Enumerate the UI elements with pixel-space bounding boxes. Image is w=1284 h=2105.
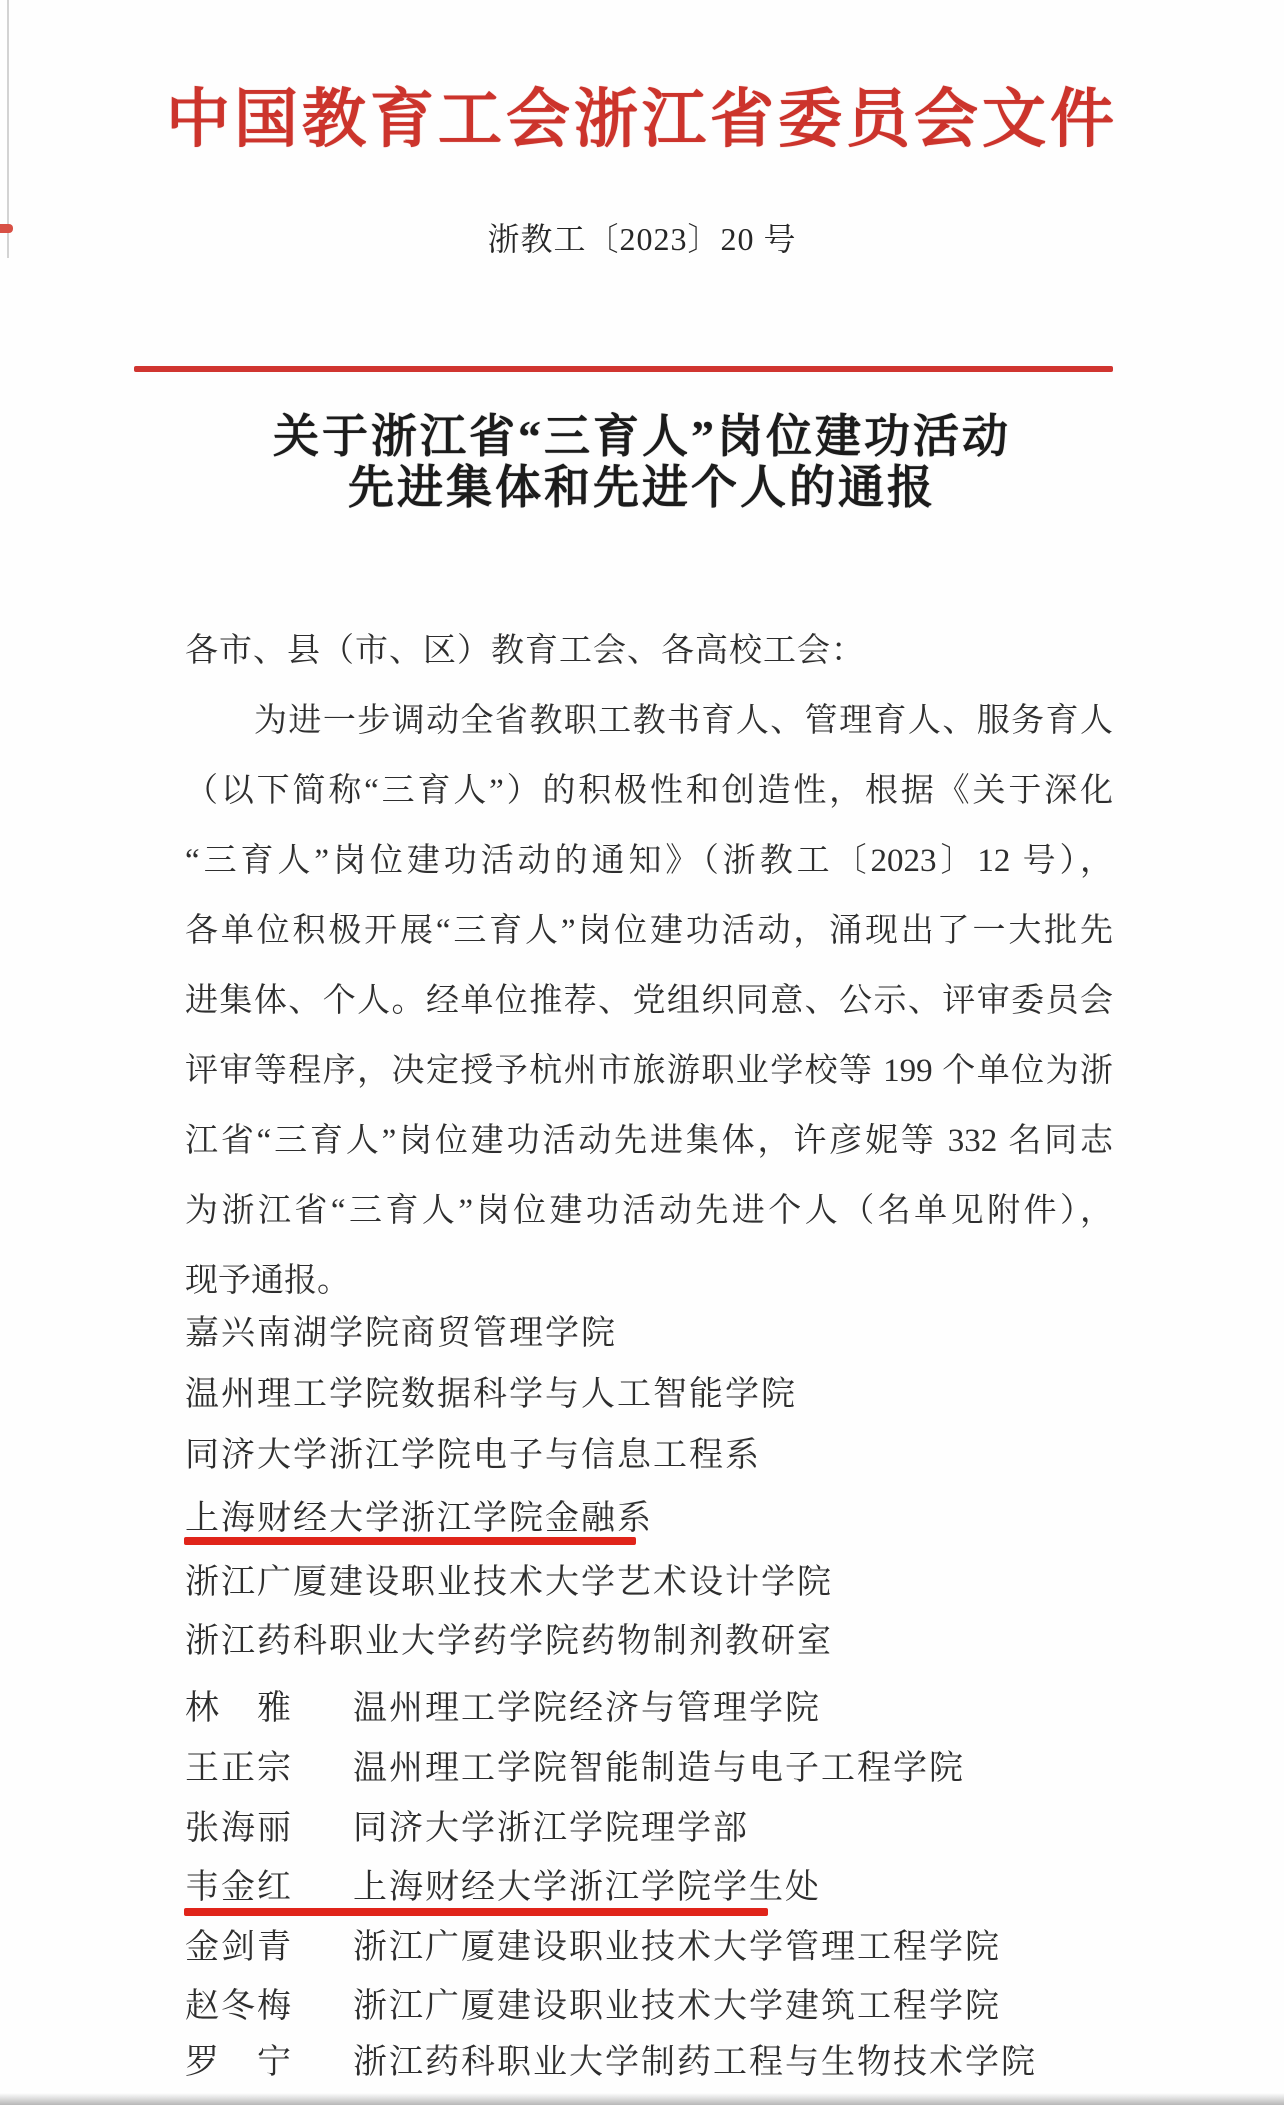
individual-unit: 浙江广厦建设职业技术大学管理工程学院 <box>353 1929 1001 1966</box>
individual-name: 赵冬梅 <box>185 1988 353 2026</box>
individual-unit: 上海财经大学浙江学院学生处 <box>353 1869 821 1906</box>
collective-item: 嘉兴南湖学院商贸管理学院 <box>185 1315 617 1353</box>
body-line: 各单位积极开展“三育人”岗位建功活动，涌现出了一大批先 <box>185 912 1113 950</box>
body-line: 为进一步调动全省教职工教书育人、管理育人、服务育人 <box>185 702 1113 740</box>
body-line: 现予通报。 <box>185 1262 1113 1300</box>
individual-row: 罗 宁浙江药科职业大学制药工程与生物技术学院 <box>185 2044 1037 2082</box>
scanned-official-document: 中国教育工会浙江省委员会文件 浙教工〔2023〕20 号 关于浙江省“三育人”岗… <box>0 0 1284 2105</box>
individual-unit: 浙江药科职业大学制药工程与生物技术学院 <box>353 2044 1037 2081</box>
notice-title-line2: 先进集体和先进个人的通报 <box>0 462 1284 513</box>
notice-title-line1: 关于浙江省“三育人”岗位建功活动 <box>0 411 1284 462</box>
body-line: 评审等程序，决定授予杭州市旅游职业学校等 199 个单位为浙 <box>185 1052 1113 1090</box>
collective-item: 温州理工学院数据科学与人工智能学院 <box>185 1376 797 1414</box>
bottom-scan-shadow <box>0 2093 1284 2105</box>
individual-unit: 同济大学浙江学院理学部 <box>353 1810 749 1847</box>
individual-name: 罗 宁 <box>185 2044 353 2082</box>
letterhead-title: 中国教育工会浙江省委员会文件 <box>0 80 1284 160</box>
individual-red-underline <box>184 1908 768 1916</box>
document-number: 浙教工〔2023〕20 号 <box>0 214 1284 260</box>
individual-name: 韦金红 <box>185 1869 353 1907</box>
body-line: “三育人”岗位建功活动的通知》（浙教工〔2023〕12 号）， <box>185 842 1113 880</box>
individual-unit: 浙江广厦建设职业技术大学建筑工程学院 <box>353 1988 1001 2025</box>
individual-unit: 温州理工学院经济与管理学院 <box>353 1690 821 1727</box>
individual-name: 林 雅 <box>185 1690 353 1728</box>
red-divider-rule <box>134 366 1113 372</box>
individual-name: 王正宗 <box>185 1750 353 1788</box>
individual-name: 金剑青 <box>185 1929 353 1967</box>
individual-row: 林 雅温州理工学院经济与管理学院 <box>185 1690 821 1728</box>
individual-row: 王正宗温州理工学院智能制造与电子工程学院 <box>185 1750 965 1788</box>
body-line: 为浙江省“三育人”岗位建功活动先进个人（名单见附件）， <box>185 1192 1113 1230</box>
individual-row: 金剑青浙江广厦建设职业技术大学管理工程学院 <box>185 1929 1001 1967</box>
salutation: 各市、县（市、区）教育工会、各高校工会： <box>185 632 865 670</box>
body-line: 江省“三育人”岗位建功活动先进集体，许彦妮等 332 名同志 <box>185 1122 1113 1160</box>
individual-row-highlighted: 韦金红上海财经大学浙江学院学生处 <box>185 1869 821 1907</box>
collective-item: 同济大学浙江学院电子与信息工程系 <box>185 1437 761 1475</box>
notice-title: 关于浙江省“三育人”岗位建功活动 先进集体和先进个人的通报 <box>0 411 1284 513</box>
collective-item: 浙江广厦建设职业技术大学艺术设计学院 <box>185 1564 833 1602</box>
individual-row: 张海丽同济大学浙江学院理学部 <box>185 1810 749 1848</box>
individual-unit: 温州理工学院智能制造与电子工程学院 <box>353 1750 965 1787</box>
body-line: （以下简称“三育人”）的积极性和创造性，根据《关于深化 <box>185 772 1113 810</box>
individual-name: 张海丽 <box>185 1810 353 1848</box>
collective-item: 浙江药科职业大学药学院药物制剂教研室 <box>185 1623 833 1661</box>
body-line: 进集体、个人。经单位推荐、党组织同意、公示、评审委员会 <box>185 982 1113 1020</box>
individual-row: 赵冬梅浙江广厦建设职业技术大学建筑工程学院 <box>185 1988 1001 2026</box>
collective-red-underline <box>184 1537 636 1545</box>
collective-item-highlighted: 上海财经大学浙江学院金融系 <box>185 1500 653 1538</box>
